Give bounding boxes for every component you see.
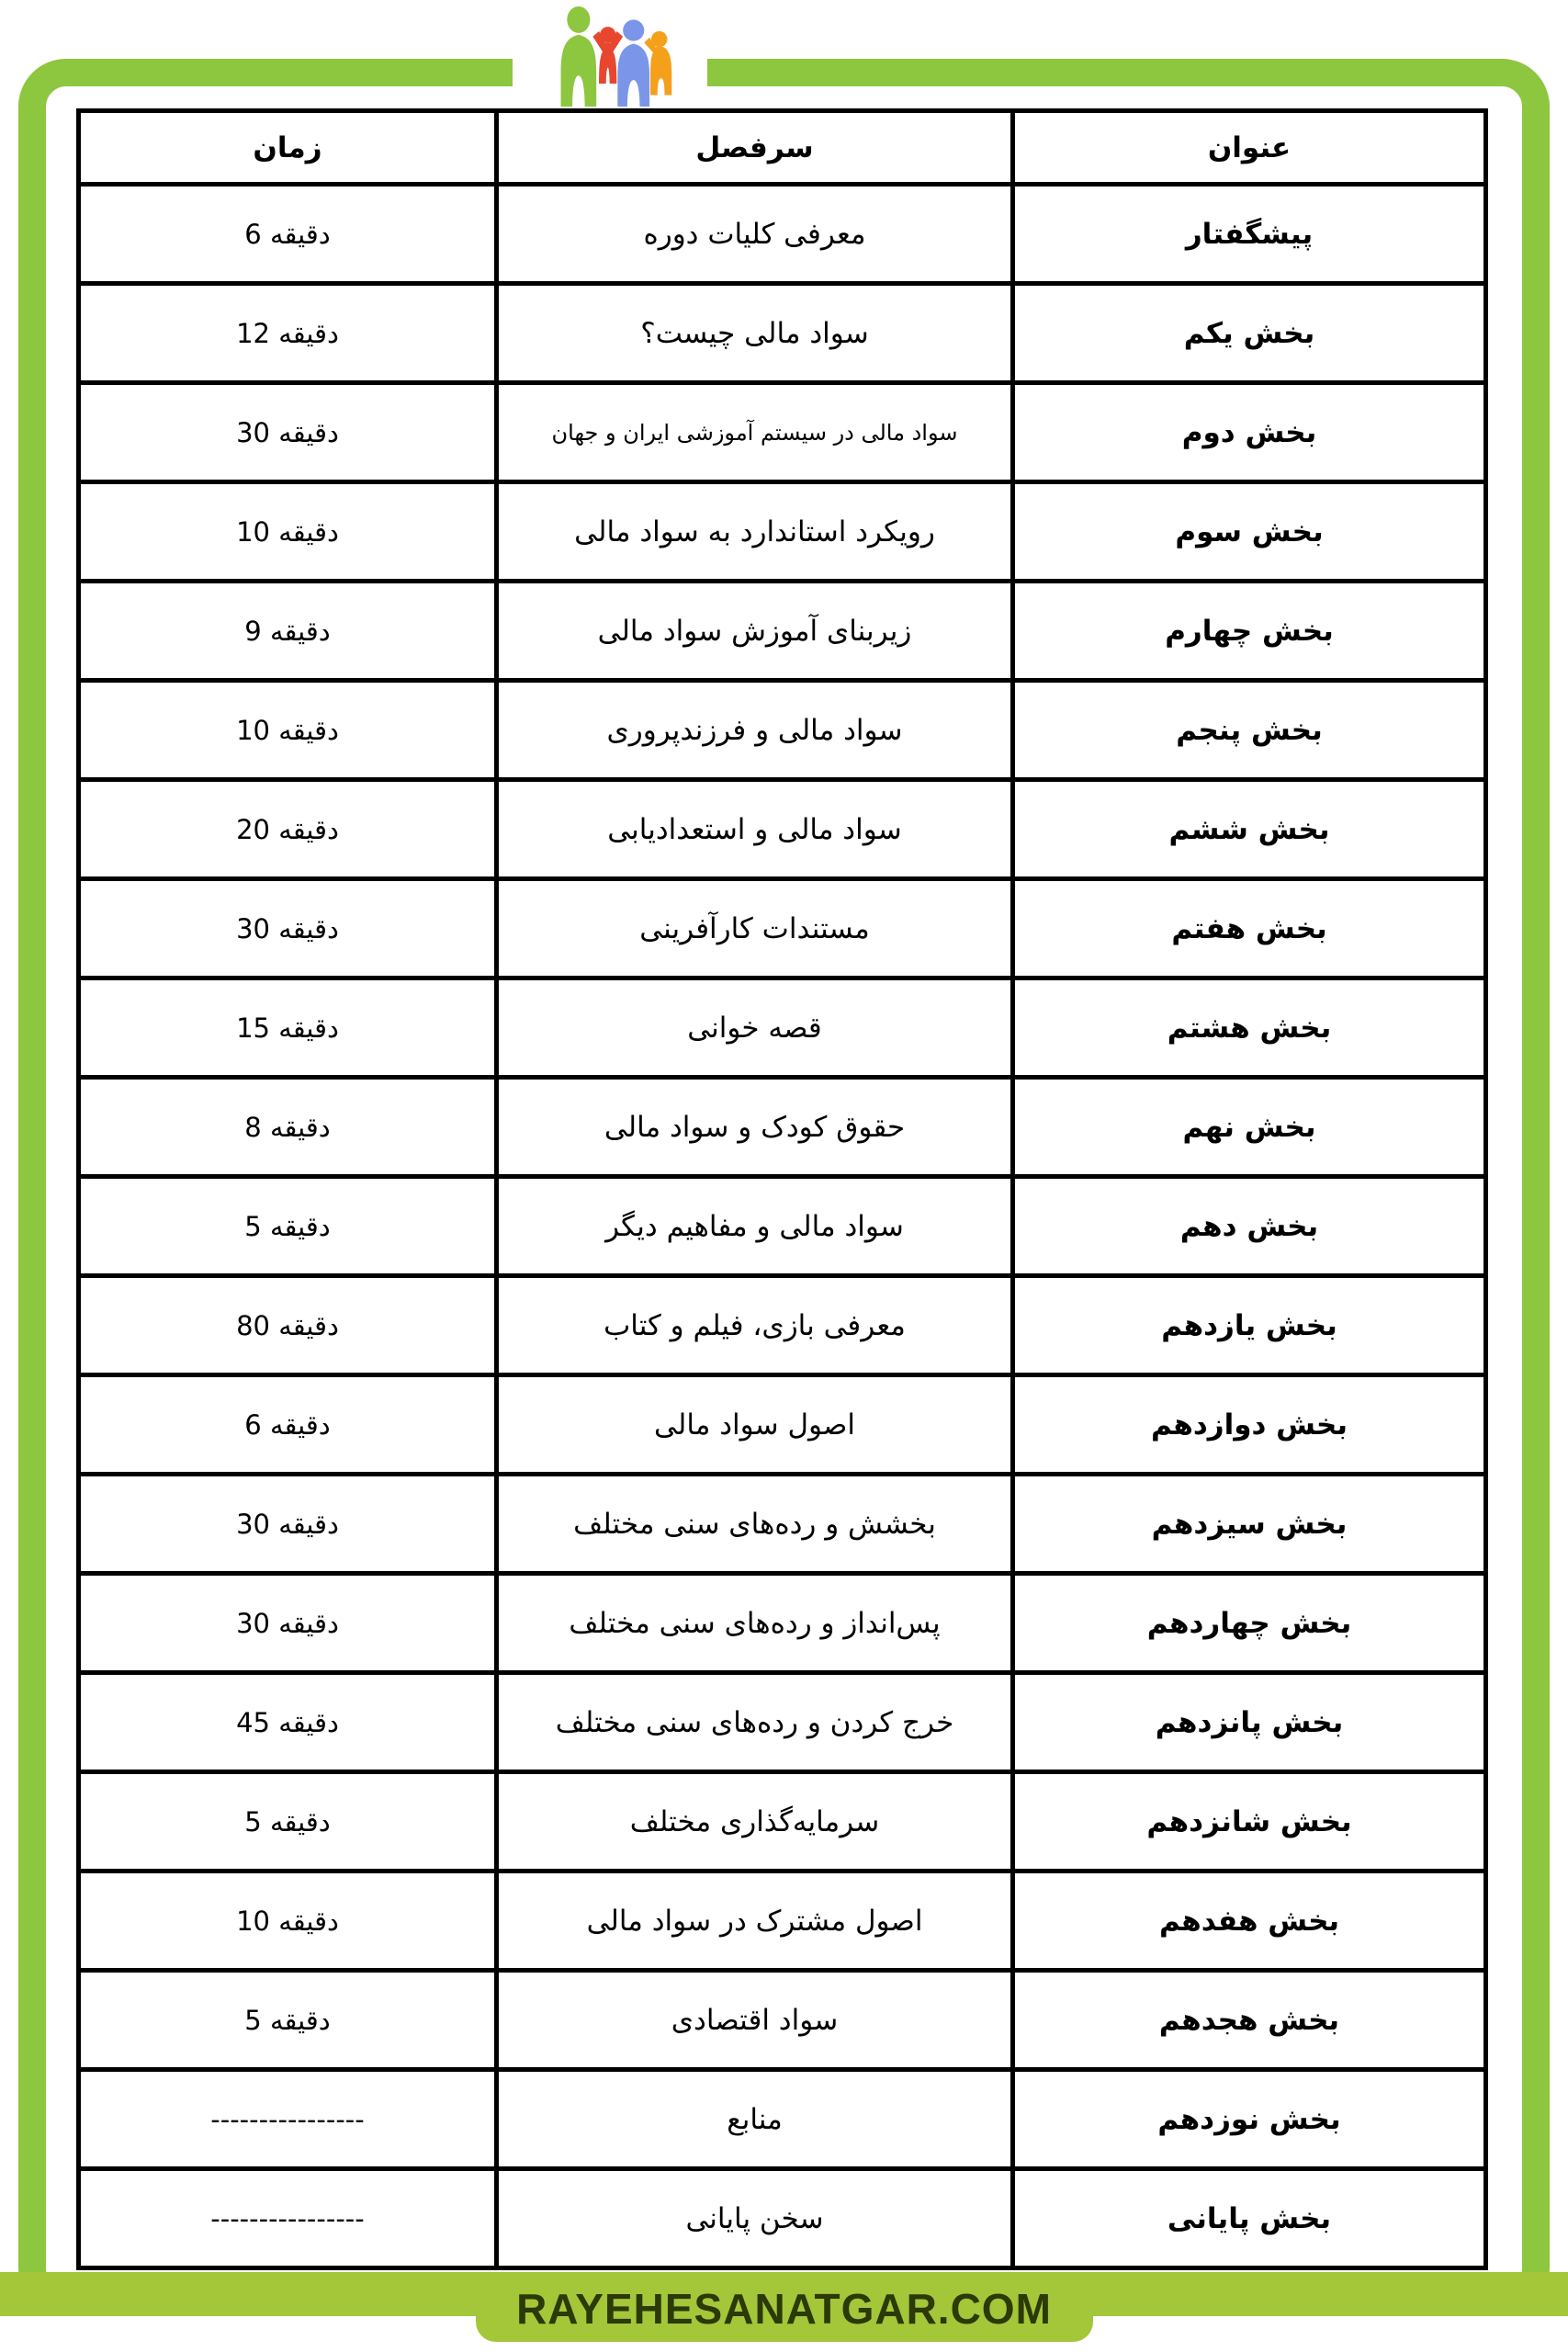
time-cell: 80 دقیقه: [79, 1276, 497, 1375]
chapter-cell: سواد اقتصادی: [497, 1971, 1013, 2070]
time-cell: 30 دقیقه: [79, 383, 497, 482]
title-cell: بخش پانزدهم: [1013, 1673, 1486, 1772]
title-cell: بخش یازدهم: [1013, 1276, 1486, 1375]
column-header-chapter: سرفصل: [497, 111, 1013, 185]
time-cell: ----------------: [79, 2169, 497, 2268]
chapter-cell: رویکرد استاندارد به سواد مالی: [497, 482, 1013, 582]
title-cell: بخش یکم: [1013, 284, 1486, 383]
column-header-title: عنوان: [1013, 111, 1486, 185]
chapter-cell: قصه خوانی: [497, 978, 1013, 1078]
chapter-cell: بخشش و رده‌های سنی مختلف: [497, 1475, 1013, 1574]
table-row: بخش یکم سواد مالی چیست؟ 12 دقیقه: [79, 284, 1486, 383]
table-row: بخش یازدهم معرفی بازی، فیلم و کتاب 80 دق…: [79, 1276, 1486, 1375]
course-table-body: پیشگفتار معرفی کلیات دوره 6 دقیقه بخش یک…: [79, 185, 1486, 2268]
title-cell: بخش نوزدهم: [1013, 2070, 1486, 2169]
website-url: RAYEHESANATGAR.COM: [516, 2280, 1052, 2334]
page: عنوان سرفصل زمان پیشگفتار معرفی کلیات دو…: [0, 0, 1568, 2352]
time-cell: 5 دقیقه: [79, 1971, 497, 2070]
title-cell: بخش سوم: [1013, 482, 1486, 582]
time-cell: 10 دقیقه: [79, 1871, 497, 1971]
chapter-cell: سواد مالی و استعدادیابی: [497, 780, 1013, 879]
chapter-cell: اصول مشترک در سواد مالی: [497, 1871, 1013, 1971]
time-cell: 30 دقیقه: [79, 879, 497, 978]
table-row: بخش هجدهم سواد اقتصادی 5 دقیقه: [79, 1971, 1486, 2070]
chapter-cell: حقوق کودک و سواد مالی: [497, 1078, 1013, 1177]
time-cell: 20 دقیقه: [79, 780, 497, 879]
table-row: بخش پنجم سواد مالی و فرزندپروری 10 دقیقه: [79, 681, 1486, 780]
title-cell: بخش هفتم: [1013, 879, 1486, 978]
chapter-cell: پس‌انداز و رده‌های سنی مختلف: [497, 1574, 1013, 1673]
table-row: بخش دوازدهم اصول سواد مالی 6 دقیقه: [79, 1375, 1486, 1475]
title-cell: بخش سیزدهم: [1013, 1475, 1486, 1574]
time-cell: 30 دقیقه: [79, 1574, 497, 1673]
time-cell: 10 دقیقه: [79, 681, 497, 780]
chapter-cell: سواد مالی چیست؟: [497, 284, 1013, 383]
chapter-cell: سرمایه‌گذاری مختلف: [497, 1772, 1013, 1871]
title-cell: بخش دهم: [1013, 1177, 1486, 1276]
title-cell: بخش هفدهم: [1013, 1871, 1486, 1971]
chapter-cell: اصول سواد مالی: [497, 1375, 1013, 1475]
chapter-cell: سواد مالی و فرزندپروری: [497, 681, 1013, 780]
table-row: بخش هفتم مستندات کارآفرینی 30 دقیقه: [79, 879, 1486, 978]
table-row: بخش چهارم زیربنای آموزش سواد مالی 9 دقیق…: [79, 582, 1486, 681]
title-cell: پیشگفتار: [1013, 185, 1486, 284]
table-row: بخش چهاردهم پس‌انداز و رده‌های سنی مختلف…: [79, 1574, 1486, 1673]
chapter-cell: معرفی کلیات دوره: [497, 185, 1013, 284]
table-row: بخش پایانی سخن پایانی ----------------: [79, 2169, 1486, 2268]
column-header-time: زمان: [79, 111, 497, 185]
title-cell: بخش دوم: [1013, 383, 1486, 482]
header-row: عنوان سرفصل زمان: [79, 111, 1486, 185]
time-cell: 5 دقیقه: [79, 1772, 497, 1871]
chapter-cell: سواد مالی در سیستم آموزشی ایران و جهان: [497, 383, 1013, 482]
footer-tab: RAYEHESANATGAR.COM: [476, 2272, 1093, 2342]
chapter-cell: سواد مالی و مفاهیم دیگر: [497, 1177, 1013, 1276]
chapter-cell: سخن پایانی: [497, 2169, 1013, 2268]
time-cell: 45 دقیقه: [79, 1673, 497, 1772]
time-cell: 12 دقیقه: [79, 284, 497, 383]
chapter-cell: معرفی بازی، فیلم و کتاب: [497, 1276, 1013, 1375]
time-cell: 8 دقیقه: [79, 1078, 497, 1177]
chapter-cell: خرج کردن و رده‌های سنی مختلف: [497, 1673, 1013, 1772]
chapter-cell: زیربنای آموزش سواد مالی: [497, 582, 1013, 681]
table-row: بخش نوزدهم منابع ----------------: [79, 2070, 1486, 2169]
table-row: بخش ششم سواد مالی و استعدادیابی 20 دقیقه: [79, 780, 1486, 879]
table-row: بخش شانزدهم سرمایه‌گذاری مختلف 5 دقیقه: [79, 1772, 1486, 1871]
chapter-cell: منابع: [497, 2070, 1013, 2169]
title-cell: بخش پنجم: [1013, 681, 1486, 780]
title-cell: بخش هجدهم: [1013, 1971, 1486, 2070]
title-cell: بخش چهارم: [1013, 582, 1486, 681]
table-row: بخش پانزدهم خرج کردن و رده‌های سنی مختلف…: [79, 1673, 1486, 1772]
course-contents-table: عنوان سرفصل زمان پیشگفتار معرفی کلیات دو…: [81, 108, 1488, 2270]
title-cell: بخش شانزدهم: [1013, 1772, 1486, 1871]
green-adult-figure: [561, 6, 597, 107]
title-cell: بخش چهاردهم: [1013, 1574, 1486, 1673]
table-row: بخش سیزدهم بخشش و رده‌های سنی مختلف 30 د…: [79, 1475, 1486, 1574]
time-cell: 9 دقیقه: [79, 582, 497, 681]
time-cell: 6 دقیقه: [79, 185, 497, 284]
title-cell: بخش پایانی: [1013, 2169, 1486, 2268]
title-cell: بخش نهم: [1013, 1078, 1486, 1177]
time-cell: ----------------: [79, 2070, 497, 2169]
table-row: بخش هفدهم اصول مشترک در سواد مالی 10 دقی…: [79, 1871, 1486, 1971]
time-cell: 6 دقیقه: [79, 1375, 497, 1475]
chapter-cell: مستندات کارآفرینی: [497, 879, 1013, 978]
time-cell: 5 دقیقه: [79, 1177, 497, 1276]
time-cell: 30 دقیقه: [79, 1475, 497, 1574]
family-logo: [549, 5, 678, 108]
title-cell: بخش هشتم: [1013, 978, 1486, 1078]
time-cell: 15 دقیقه: [79, 978, 497, 1078]
table-row: بخش دوم سواد مالی در سیستم آموزشی ایران …: [79, 383, 1486, 482]
table-row: بخش سوم رویکرد استاندارد به سواد مالی 10…: [79, 482, 1486, 582]
table-row: پیشگفتار معرفی کلیات دوره 6 دقیقه: [79, 185, 1486, 284]
title-cell: بخش دوازدهم: [1013, 1375, 1486, 1475]
blue-adult-figure: [617, 19, 649, 107]
title-cell: بخش ششم: [1013, 780, 1486, 879]
time-cell: 10 دقیقه: [79, 482, 497, 582]
table-row: بخش هشتم قصه خوانی 15 دقیقه: [79, 978, 1486, 1078]
table-row: بخش نهم حقوق کودک و سواد مالی 8 دقیقه: [79, 1078, 1486, 1177]
table-row: بخش دهم سواد مالی و مفاهیم دیگر 5 دقیقه: [79, 1177, 1486, 1276]
